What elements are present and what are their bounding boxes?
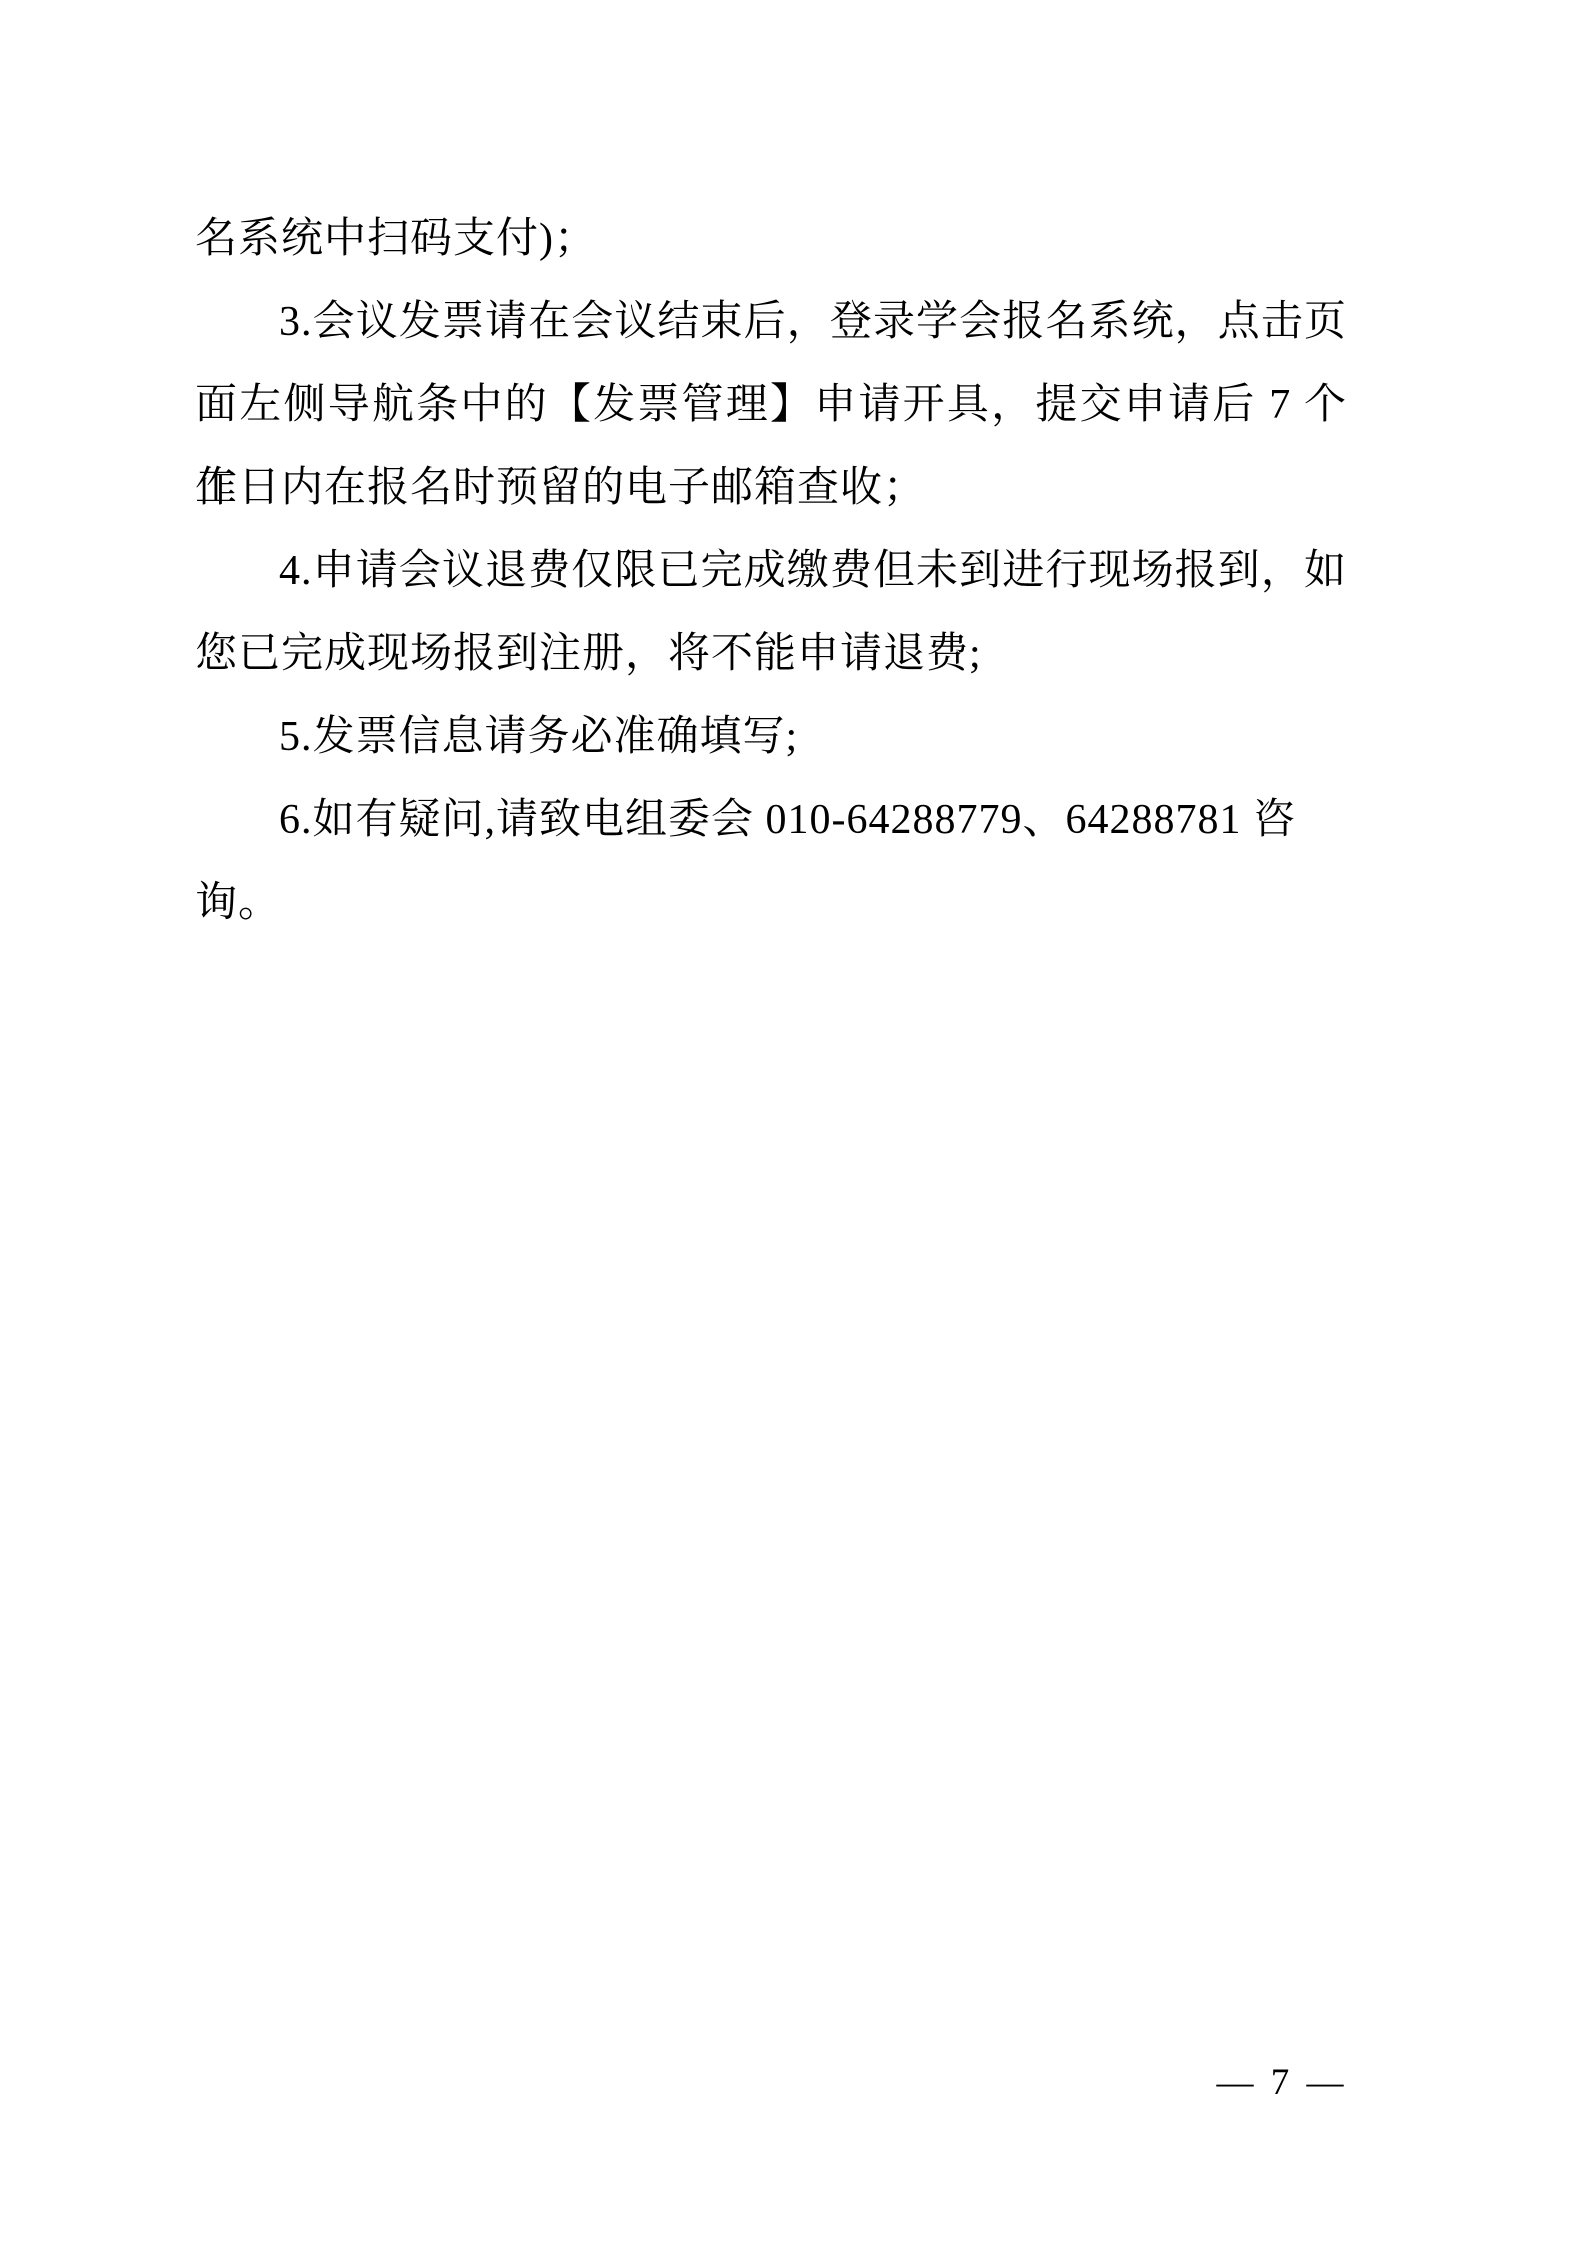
text-line-continuation: 您已完成现场报到注册，将不能申请退费; [195,613,1347,696]
text-line-item-6: 6.如有疑问,请致电组委会 010-64288779、64288781 咨询。 [195,779,1347,862]
body-text: 名系统中扫码支付)； 3.会议发票请在会议结束后，登录学会报名系统，点击页 面左… [195,198,1347,862]
text-line-continuation: 面左侧导航条中的【发票管理】申请开具，提交申请后 7 个工 [195,364,1347,447]
text-line-item-4: 4.申请会议退费仅限已完成缴费但未到进行现场报到，如 [195,530,1347,613]
document-page: 名系统中扫码支付)； 3.会议发票请在会议结束后，登录学会报名系统，点击页 面左… [0,0,1587,2245]
text-line-item-3: 3.会议发票请在会议结束后，登录学会报名系统，点击页 [195,281,1347,364]
text-line-continuation: 名系统中扫码支付)； [195,198,1347,281]
text-line-continuation: 作日内在报名时预留的电子邮箱查收； [195,447,1347,530]
page-number: — 7 — [1207,2063,1357,2103]
text-line-item-5: 5.发票信息请务必准确填写; [195,696,1347,779]
